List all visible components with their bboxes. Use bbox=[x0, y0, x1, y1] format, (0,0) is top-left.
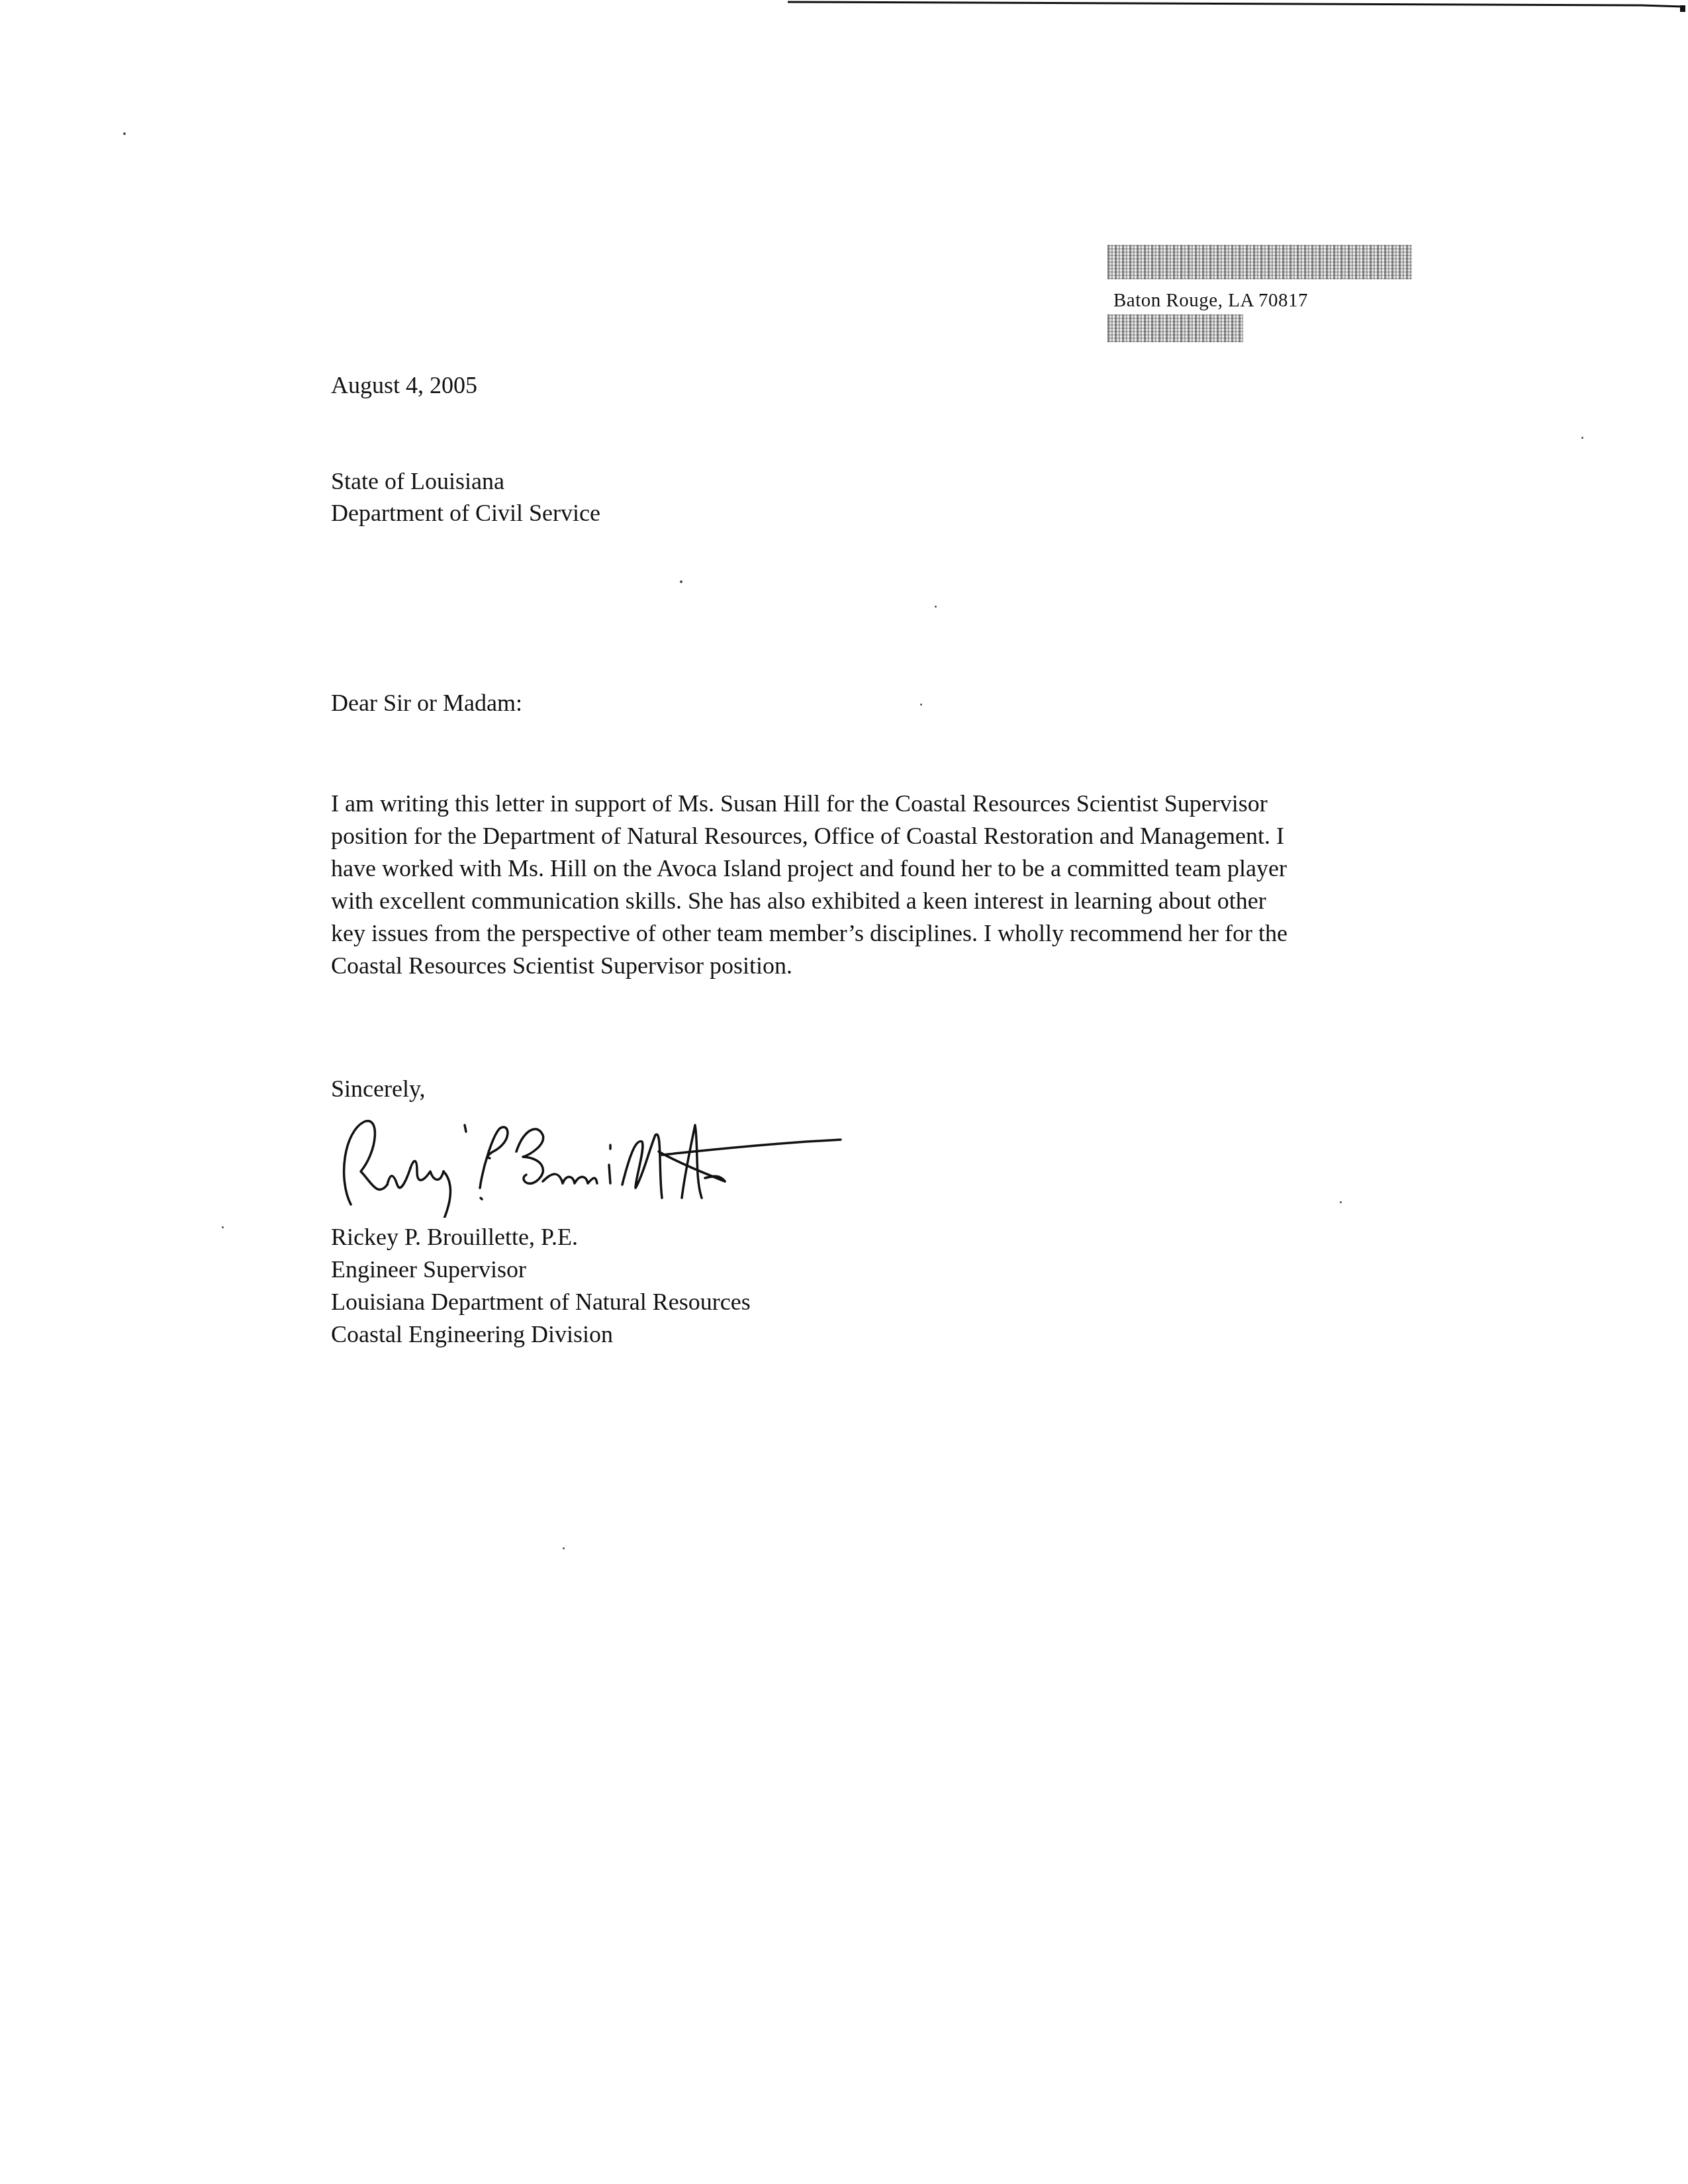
signer-division: Coastal Engineering Division bbox=[331, 1316, 613, 1352]
letter-date: August 4, 2005 bbox=[331, 367, 477, 403]
return-address-city: Baton Rouge, LA 70817 bbox=[1113, 289, 1308, 312]
scan-speck bbox=[123, 132, 126, 135]
recipient-line-1: State of Louisiana bbox=[331, 463, 504, 499]
recipient-line-2: Department of Civil Service bbox=[331, 495, 600, 531]
redacted-phone bbox=[1107, 314, 1243, 342]
scan-speck bbox=[680, 580, 682, 583]
redacted-street-address bbox=[1107, 245, 1412, 279]
signer-name: Rickey P. Brouillette, P.E. bbox=[331, 1219, 578, 1255]
body-line: Coastal Resources Scientist Supervisor p… bbox=[331, 948, 792, 983]
scan-speck bbox=[1581, 437, 1583, 439]
body-line: key issues from the perspective of other… bbox=[331, 915, 1288, 951]
body-line: with excellent communication skills. She… bbox=[331, 883, 1266, 919]
salutation: Dear Sir or Madam: bbox=[331, 685, 522, 721]
scan-speck bbox=[935, 606, 937, 608]
signer-title: Engineer Supervisor bbox=[331, 1251, 526, 1287]
body-line: position for the Department of Natural R… bbox=[331, 818, 1284, 854]
scan-speck bbox=[222, 1226, 224, 1228]
scan-edge-line bbox=[761, 0, 1688, 20]
scan-speck bbox=[1340, 1201, 1342, 1203]
signature-icon bbox=[324, 1105, 887, 1218]
scan-speck bbox=[920, 704, 922, 705]
scan-speck bbox=[563, 1547, 565, 1549]
body-line: have worked with Ms. Hill on the Avoca I… bbox=[331, 850, 1287, 886]
body-line: I am writing this letter in support of M… bbox=[331, 786, 1268, 821]
closing: Sincerely, bbox=[331, 1071, 426, 1107]
signer-organization: Louisiana Department of Natural Resource… bbox=[331, 1284, 751, 1320]
letter-page: Baton Rouge, LA 70817 August 4, 2005 Sta… bbox=[0, 0, 1688, 2184]
